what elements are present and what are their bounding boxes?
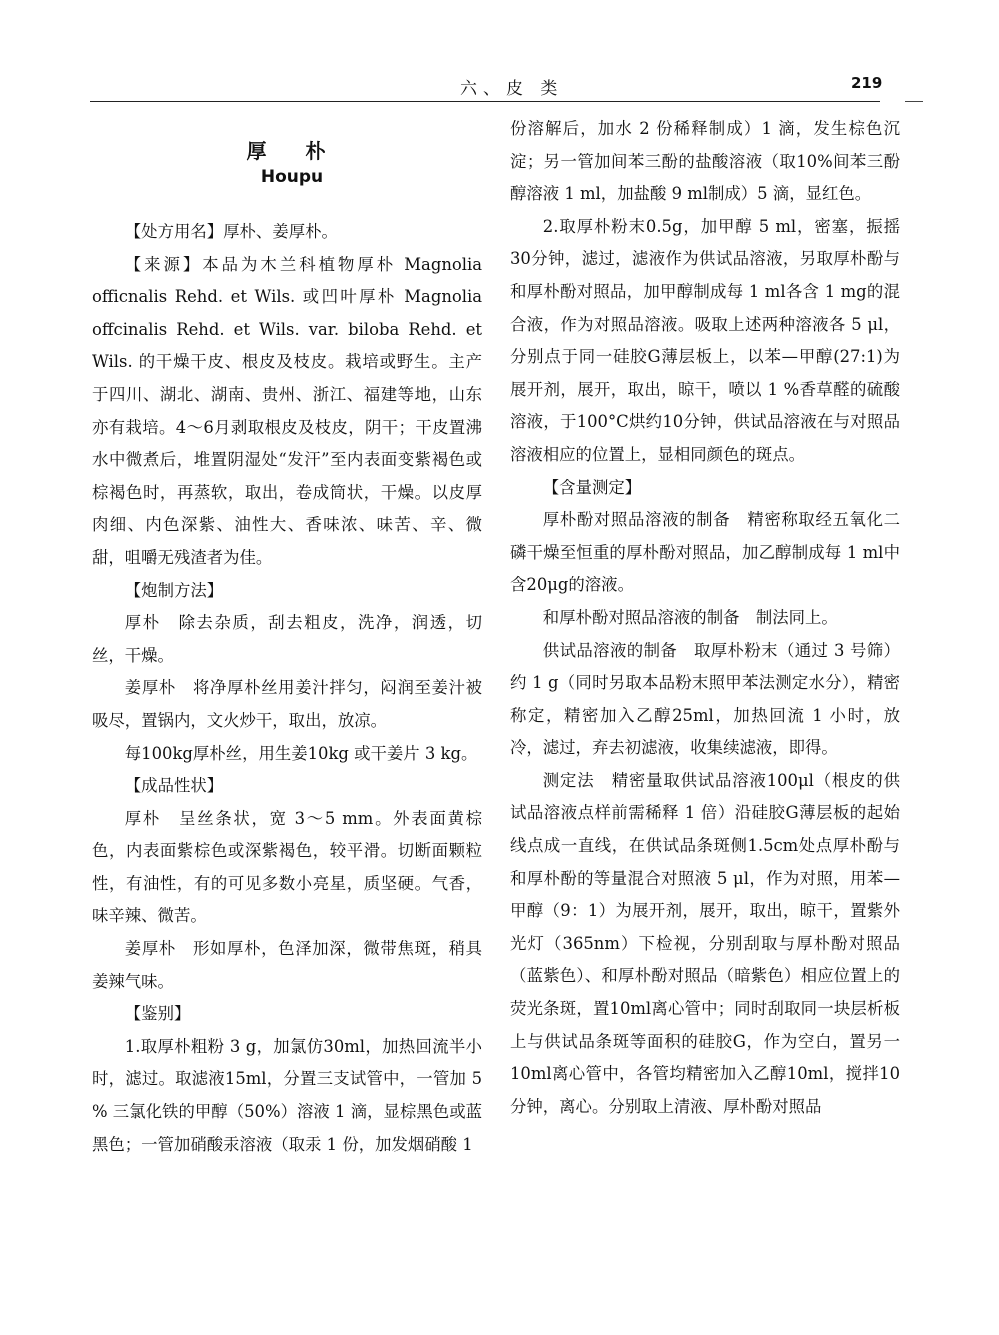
paragraph-identification-2: 2.取厚朴粉末0.5g，加甲醇 5 ml，密塞，振摇30分钟，滤过，滤液作为供试… bbox=[510, 211, 900, 472]
section-heading-processing: 【炮制方法】 bbox=[92, 575, 482, 608]
paragraph-source: 【来源】本品为木兰科植物厚朴 Magnolia officnalis Rehd.… bbox=[92, 249, 482, 575]
paragraph-test-solution-prep: 供试品溶液的制备 取厚朴粉末（通过 3 号筛）约 1 g（同时另取本品粉末照甲苯… bbox=[510, 635, 900, 765]
paragraph-identification-1: 1.取厚朴粗粉 3 g，加氯仿30ml，加热回流半小时，滤过。取滤液15ml，分… bbox=[92, 1031, 482, 1161]
entry-pinyin: Houpu bbox=[102, 164, 482, 190]
left-column: 厚 朴 Houpu 【处方用名】厚朴、姜厚朴。 【来源】本品为木兰科植物厚朴 M… bbox=[92, 138, 482, 1161]
paragraph-houpu-characteristics: 厚朴 呈丝条状，宽 3～5 mm。外表面黄棕色，内表面紫棕色或深紫褐色，较平滑。… bbox=[92, 803, 482, 933]
running-title: 六、皮 类 bbox=[460, 74, 563, 99]
paragraph-ginger-houpu-processing: 姜厚朴 将净厚朴丝用姜汁拌匀，闷润至姜汁被吸尽，置锅内，文火炒干，取出，放凉。 bbox=[92, 672, 482, 737]
paragraph-ginger-houpu-characteristics: 姜厚朴 形如厚朴，色泽加深，微带焦斑，稍具姜辣气味。 bbox=[92, 933, 482, 998]
paragraph-prescription-names: 【处方用名】厚朴、姜厚朴。 bbox=[92, 216, 482, 249]
paragraph-assay-method: 测定法 精密量取供试品溶液100μl（根皮的供试品溶液点样前需稀释 1 倍）沿硅… bbox=[510, 765, 900, 1124]
header-rule bbox=[90, 101, 880, 102]
right-column: 份溶解后，加水 2 份稀释制成）1 滴，发生棕色沉淀；另一管加间苯三酚的盐酸溶液… bbox=[510, 113, 900, 1123]
paragraph-identification-1-continued: 份溶解后，加水 2 份稀释制成）1 滴，发生棕色沉淀；另一管加间苯三酚的盐酸溶液… bbox=[510, 113, 900, 211]
paragraph-magnolol-reference-prep: 厚朴酚对照品溶液的制备 精密称取经五氧化二磷干燥至恒重的厚朴酚对照品，加乙醇制成… bbox=[510, 504, 900, 602]
section-heading-product-characteristics: 【成品性状】 bbox=[92, 770, 482, 803]
paragraph-honokiol-reference-prep: 和厚朴酚对照品溶液的制备 制法同上。 bbox=[510, 602, 900, 635]
header-rule-tail bbox=[905, 101, 923, 102]
paragraph-houpu-processing: 厚朴 除去杂质，刮去粗皮，洗净，润透，切丝，干燥。 bbox=[92, 607, 482, 672]
section-heading-identification: 【鉴别】 bbox=[92, 998, 482, 1031]
paragraph-ginger-ratio: 每100kg厚朴丝，用生姜10kg 或干姜片 3 kg。 bbox=[92, 738, 482, 771]
entry-title: 厚 朴 bbox=[106, 138, 482, 164]
running-header: 六、皮 类 219 bbox=[0, 70, 999, 100]
section-heading-assay: 【含量测定】 bbox=[510, 472, 900, 505]
page-number: 219 bbox=[851, 74, 882, 92]
